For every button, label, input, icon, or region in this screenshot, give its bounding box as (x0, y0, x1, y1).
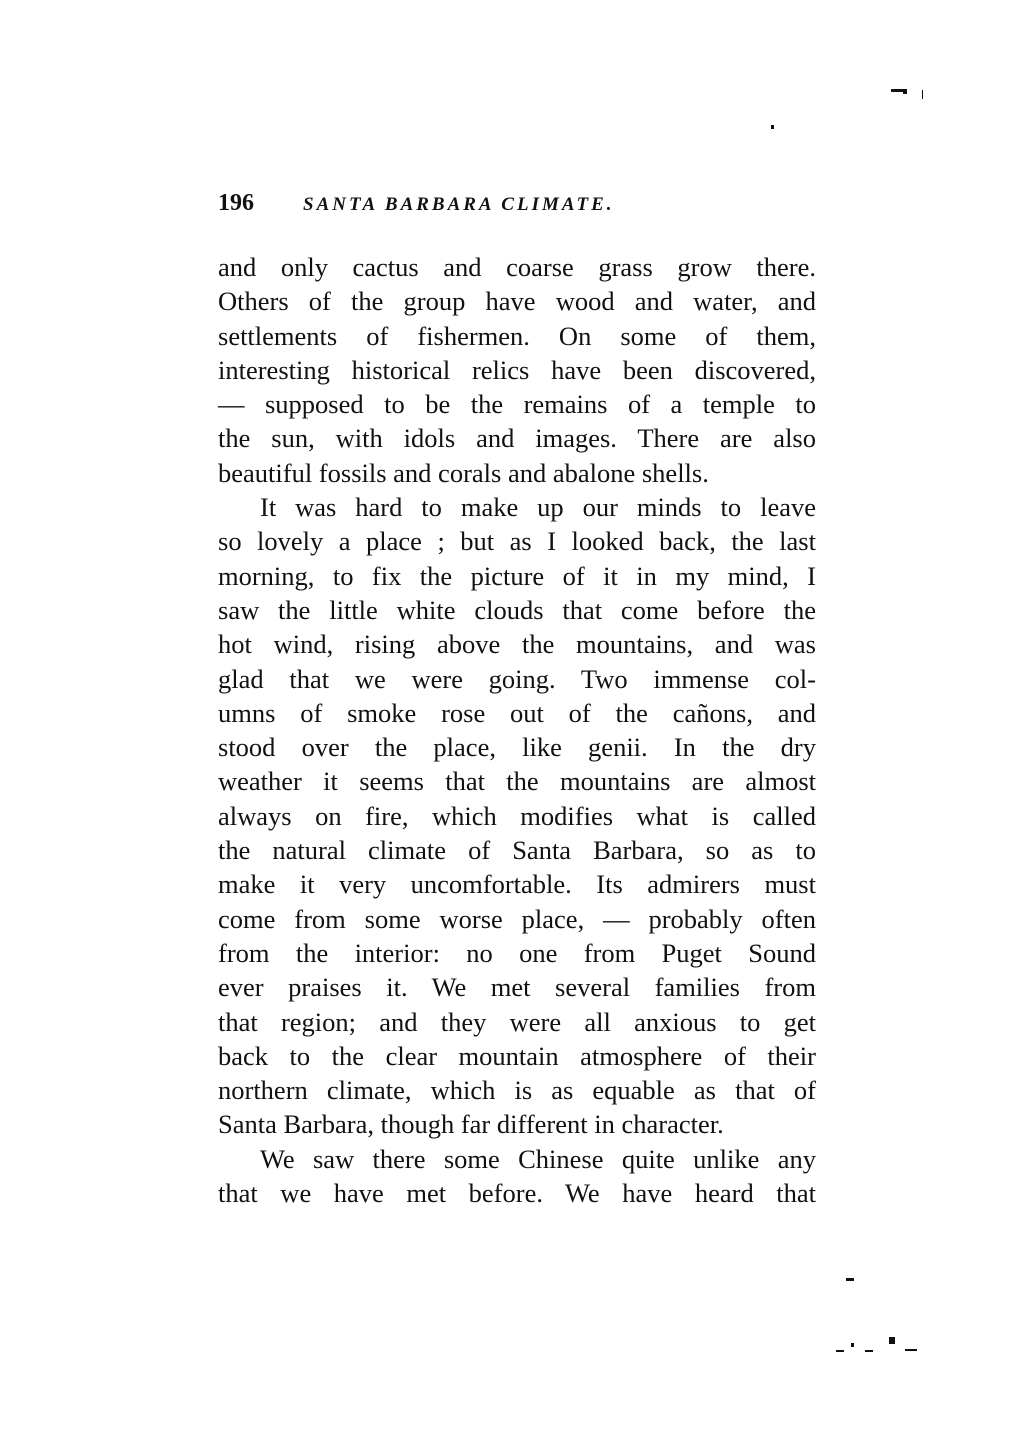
text-line: saw the little white clouds that come be… (218, 593, 816, 627)
text-line: settlements of fishermen. On some of the… (218, 319, 816, 353)
scan-artifact-top-right-dot (903, 89, 907, 94)
text-line: It was hard to make up our minds to leav… (218, 490, 816, 524)
scan-artifact-dot (771, 125, 774, 129)
text-line: We saw there some Chinese quite unlike a… (218, 1142, 816, 1176)
body-text: and only cactus and coarse grass grow th… (218, 250, 816, 1210)
text-line: stood over the place, like genii. In the… (218, 730, 816, 764)
text-line: interesting historical relics have been … (218, 353, 816, 387)
page-number: 196 (218, 190, 254, 217)
text-line: the natural climate of Santa Barbara, so… (218, 833, 816, 867)
text-line: beautiful fossils and corals and abalone… (218, 456, 816, 490)
text-line: so lovely a place ; but as I looked back… (218, 524, 816, 558)
scan-artifact-bottom-right-2 (889, 1337, 895, 1344)
text-line: Santa Barbara, though far different in c… (218, 1107, 816, 1141)
running-head: SANTA BARBARA CLIMATE. (303, 194, 615, 216)
text-line: from the interior: no one from Puget Sou… (218, 936, 816, 970)
text-line: and only cactus and coarse grass grow th… (218, 250, 816, 284)
text-line: ever praises it. We met several families… (218, 970, 816, 1004)
text-line: — supposed to be the remains of a temple… (218, 387, 816, 421)
scan-artifact-bottom-right-5 (865, 1350, 873, 1352)
scan-artifact-bottom-right (846, 1278, 854, 1281)
text-line: always on fire, which modifies what is c… (218, 799, 816, 833)
text-line: hot wind, rising above the mountains, an… (218, 627, 816, 661)
scan-artifact-bottom-right-4 (851, 1343, 854, 1347)
scan-artifact-bottom-right-3 (836, 1350, 844, 1352)
book-page: 196 SANTA BARBARA CLIMATE. and only cact… (0, 0, 1010, 1447)
text-line: come from some worse place, — probably o… (218, 902, 816, 936)
text-line: make it very uncomfortable. Its admirers… (218, 867, 816, 901)
text-line: the sun, with idols and images. There ar… (218, 421, 816, 455)
text-line: that we have met before. We have heard t… (218, 1176, 816, 1210)
text-line: umns of smoke rose out of the cañons, an… (218, 696, 816, 730)
text-line: Others of the group have wood and water,… (218, 284, 816, 318)
scan-artifact-top-right-tick (922, 90, 923, 99)
text-line: glad that we were going. Two immense col… (218, 662, 816, 696)
text-line: back to the clear mountain atmosphere of… (218, 1039, 816, 1073)
scan-artifact-bottom-right-6 (905, 1349, 917, 1351)
text-line: weather it seems that the mountains are … (218, 764, 816, 798)
text-line: morning, to fix the picture of it in my … (218, 559, 816, 593)
page-header: 196 SANTA BARBARA CLIMATE. (218, 190, 828, 224)
text-line: northern climate, which is as equable as… (218, 1073, 816, 1107)
text-line: that region; and they were all anxious t… (218, 1005, 816, 1039)
